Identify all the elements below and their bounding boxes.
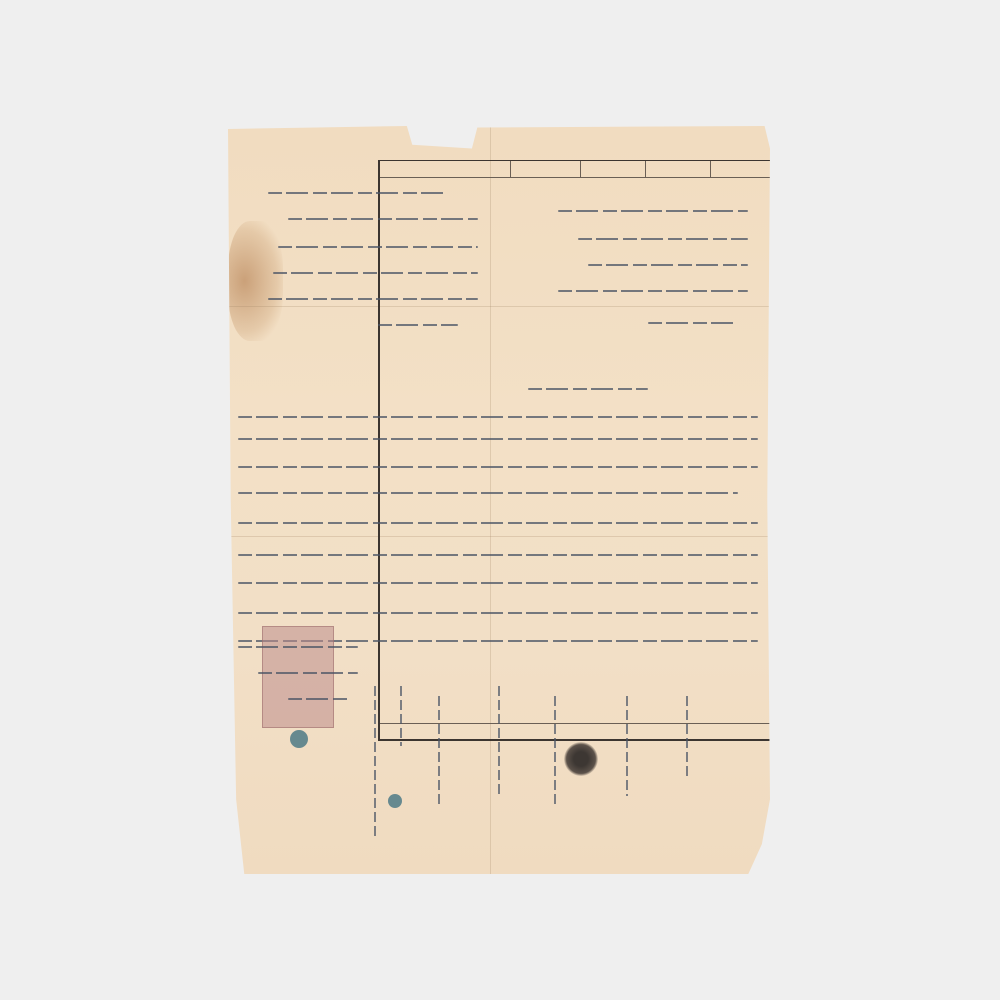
handwriting-line <box>278 246 478 248</box>
signature <box>374 686 376 836</box>
frame-tick <box>710 161 711 177</box>
handwriting-line <box>238 612 758 614</box>
handwriting-line <box>238 646 358 648</box>
handwriting-line <box>558 210 748 212</box>
handwriting-line <box>238 522 758 524</box>
handwriting-line <box>258 672 358 674</box>
handwriting-line <box>268 192 448 194</box>
ink-blot <box>388 794 402 808</box>
handwriting-line <box>238 554 758 556</box>
frame-tick <box>580 161 581 177</box>
handwriting-line <box>238 438 758 440</box>
ink-blot <box>290 730 308 748</box>
handwriting-line <box>288 698 348 700</box>
handwriting-line <box>648 322 738 324</box>
signature <box>686 696 688 776</box>
handwriting-line <box>558 290 748 292</box>
frame-tick <box>645 161 646 177</box>
signature <box>626 696 628 796</box>
signature <box>498 686 500 796</box>
handwriting-line <box>578 238 748 240</box>
water-stain <box>228 221 283 341</box>
signature <box>438 696 440 806</box>
handwriting-line <box>528 388 648 390</box>
handwriting-line <box>588 264 748 266</box>
signature <box>554 696 556 806</box>
frame-rule <box>380 177 770 178</box>
handwriting-line <box>288 218 478 220</box>
ink-seal <box>564 742 598 776</box>
handwriting-line <box>238 466 758 468</box>
frame-tick <box>510 161 511 177</box>
handwriting-line <box>273 272 478 274</box>
handwriting-line <box>238 492 738 494</box>
handwriting-line <box>378 324 458 326</box>
signature <box>400 686 402 746</box>
revenue-stamp <box>262 626 334 728</box>
handwriting-line <box>238 416 758 418</box>
handwriting-line <box>238 582 758 584</box>
document-paper <box>228 126 770 874</box>
handwriting-line <box>268 298 478 300</box>
